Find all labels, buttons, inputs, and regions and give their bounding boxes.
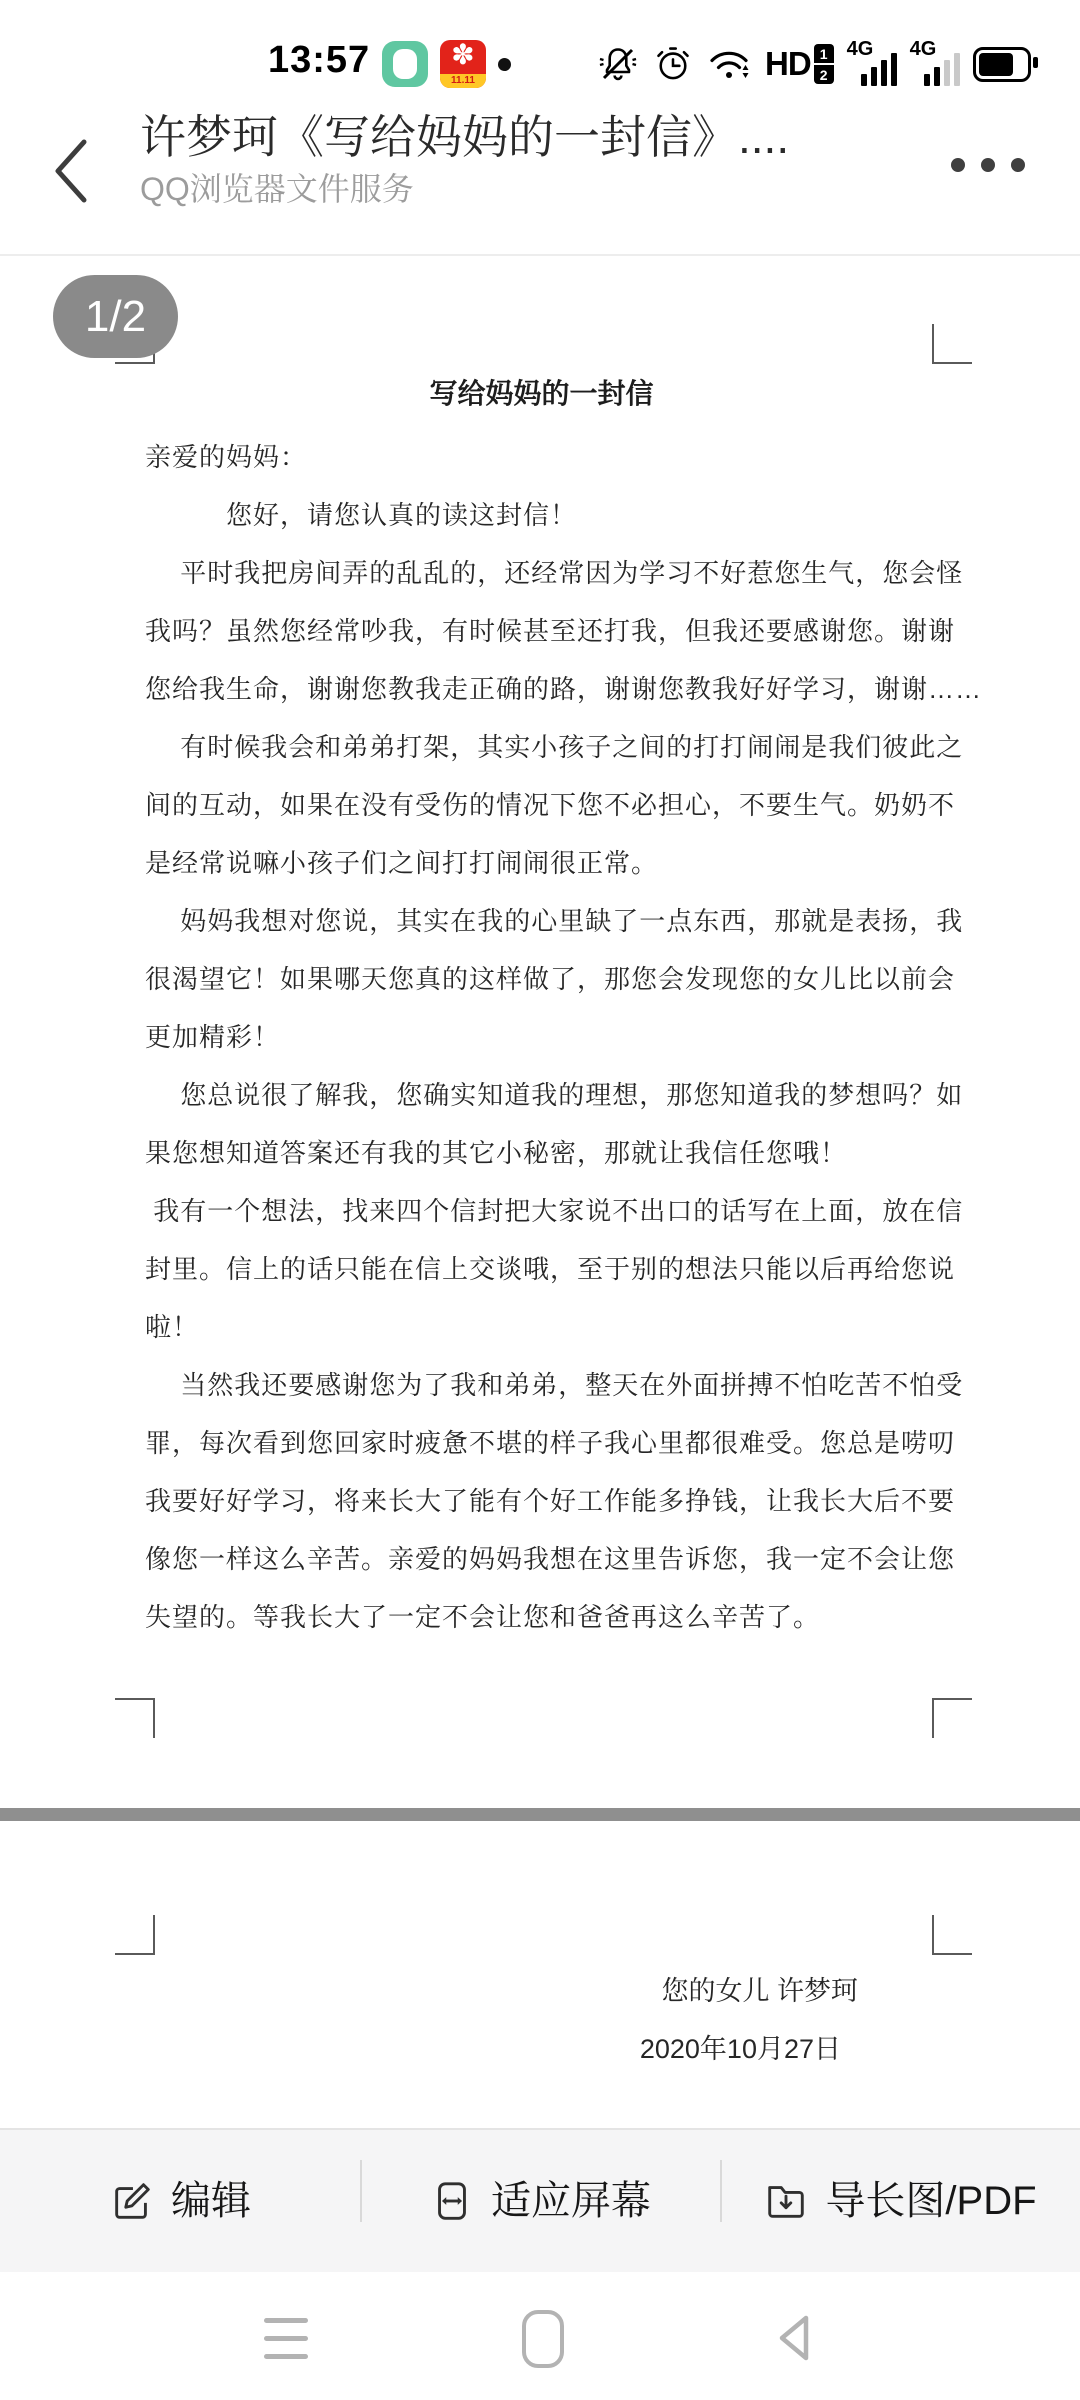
edit-button[interactable]: 编辑 — [0, 2130, 360, 2272]
fit-screen-label: 适应屏幕 — [491, 2178, 651, 2224]
export-download-icon — [763, 2178, 809, 2224]
letter-line: 封里。信上的话只能在信上交谈哦，至于别的想法只能以后再给您说 — [145, 1240, 950, 1298]
status-bar: 13:57 ✽ 11.11 — [0, 0, 1080, 88]
edit-pencil-icon — [109, 2178, 155, 2224]
screen: 13:57 ✽ 11.11 — [0, 0, 1080, 2400]
page-corner-mark — [115, 1698, 155, 1738]
letter-line: 果您想知道答案还有我的其它小秘密，那就让我信任您哦！ — [145, 1124, 950, 1182]
letter-line: 我要好好学习，将来长大了能有个好工作能多挣钱，让我长大后不要 — [145, 1472, 950, 1530]
document-viewer[interactable]: 1/2 写给妈妈的一封信 亲爱的妈妈： 您好，请您认真的读这封信！ 平时我把房间… — [0, 256, 1080, 2128]
edit-label: 编辑 — [171, 2178, 251, 2224]
sim-badge-bottom: 2 — [814, 65, 834, 84]
page-title: 许梦珂《写给妈妈的一封信》.... — [140, 108, 920, 166]
letter-date: 2020年10月27日 — [640, 2029, 841, 2069]
bottom-toolbar: 编辑 适应屏幕 导长图/PDF — [0, 2128, 1080, 2272]
wifi-icon — [706, 42, 752, 86]
status-time: 13:57 — [268, 40, 370, 80]
promo-badge-label: 11.11 — [440, 74, 486, 88]
fit-screen-button[interactable]: 适应屏幕 — [360, 2130, 720, 2272]
menu-icon[interactable] — [264, 2318, 308, 2359]
page-corner-mark — [932, 324, 972, 364]
letter-signature: 您的女儿 许梦珂 — [661, 1971, 858, 2011]
page-corner-mark — [115, 1915, 155, 1955]
letter-line: 亲爱的妈妈： — [145, 428, 950, 486]
sim-badge-top: 1 — [814, 44, 834, 65]
header-titles: 许梦珂《写给妈妈的一封信》.... QQ浏览器文件服务 — [140, 108, 920, 210]
vibrate-off-icon — [596, 42, 640, 86]
navigation-bar — [0, 2272, 1080, 2400]
notification-icons: ✽ 11.11 — [382, 40, 511, 88]
letter-line: 啦！ — [145, 1298, 950, 1356]
letter-line: 我有一个想法，找来四个信封把大家说不出口的话写在上面，放在信 — [145, 1182, 950, 1240]
letter-line: 妈妈我想对您说，其实在我的心里缺了一点东西，那就是表扬，我 — [145, 892, 950, 950]
hd-volte-icon: HD 1 2 — [765, 44, 834, 84]
sim-badge: 1 2 — [814, 44, 834, 84]
export-pdf-label: 导长图/PDF — [825, 2178, 1036, 2224]
page-subtitle: QQ浏览器文件服务 — [140, 168, 920, 210]
letter-line: 您总说很了解我，您确实知道我的理想，那您知道我的梦想吗？如 — [145, 1066, 950, 1124]
notification-dot — [498, 58, 511, 71]
letter-line: 间的互动，如果在没有受伤的情况下您不必担心，不要生气。奶奶不 — [145, 776, 950, 834]
letter-line: 失望的。等我长大了一定不会让您和爸爸再这么辛苦了。 — [145, 1588, 950, 1646]
shopping-app-icon: ✽ 11.11 — [440, 40, 486, 88]
letter-line: 是经常说嘛小孩子们之间打打闹闹很正常。 — [145, 834, 950, 892]
battery-icon — [973, 47, 1031, 82]
letter-line: 很渴望它！如果哪天您真的这样做了，那您会发现您的女儿比以前会 — [145, 950, 950, 1008]
page-number-badge: 1/2 — [53, 275, 178, 358]
fit-screen-icon — [429, 2178, 475, 2224]
signal-4g-secondary-icon: 4G — [910, 40, 960, 88]
letter-line: 更加精彩！ — [145, 1008, 950, 1066]
hd-label: HD — [765, 45, 811, 83]
letter-line: 罪，每次看到您回家时疲惫不堪的样子我心里都很难受。您总是唠叨 — [145, 1414, 950, 1472]
letter-line: 像您一样这么辛苦。亲爱的妈妈我想在这里告诉您，我一定不会让您 — [145, 1530, 950, 1588]
status-icons: HD 1 2 4G 4G — [596, 40, 1039, 88]
letter-line: 有时候我会和弟弟打架，其实小孩子之间的打打闹闹是我们彼此之 — [145, 718, 950, 776]
header: 许梦珂《写给妈妈的一封信》.... QQ浏览器文件服务 — [0, 88, 1080, 256]
flower-glyph: ✽ — [440, 40, 486, 72]
page-corner-mark — [932, 1915, 972, 1955]
chevron-left-icon — [50, 136, 92, 206]
alarm-icon — [653, 42, 693, 86]
letter-line: 您给我生命，谢谢您教我走正确的路，谢谢您教我好好学习，谢谢…… — [145, 660, 950, 718]
export-pdf-button[interactable]: 导长图/PDF — [720, 2130, 1080, 2272]
letter-line: 我吗？虽然您经常吵我，有时候甚至还打我，但我还要感谢您。谢谢 — [145, 602, 950, 660]
back-icon[interactable] — [775, 2314, 813, 2367]
messenger-app-icon — [382, 41, 428, 87]
letter-title: 写给妈妈的一封信 — [145, 374, 938, 414]
letter-line: 当然我还要感谢您为了我和弟弟，整天在外面拼搏不怕吃苦不怕受 — [145, 1356, 950, 1414]
letter-line: 您好，请您认真的读这封信！ — [145, 486, 950, 544]
signal-4g-primary-icon: 4G — [847, 40, 897, 88]
page-corner-mark — [932, 1698, 972, 1738]
letter-line: 平时我把房间弄的乱乱的，还经常因为学习不好惹您生气，您会怪 — [145, 544, 950, 602]
home-icon[interactable] — [522, 2310, 564, 2368]
document-page-1: 1/2 写给妈妈的一封信 亲爱的妈妈： 您好，请您认真的读这封信！ 平时我把房间… — [0, 256, 1080, 1808]
page-separator — [0, 1808, 1080, 1821]
more-dots-icon — [951, 158, 965, 172]
document-page-2: 您的女儿 许梦珂 2020年10月27日 — [0, 1821, 1080, 2128]
more-menu-button[interactable] — [951, 158, 1025, 172]
letter-body: 亲爱的妈妈： 您好，请您认真的读这封信！ 平时我把房间弄的乱乱的，还经常因为学习… — [145, 428, 950, 1646]
back-button[interactable] — [50, 136, 92, 206]
